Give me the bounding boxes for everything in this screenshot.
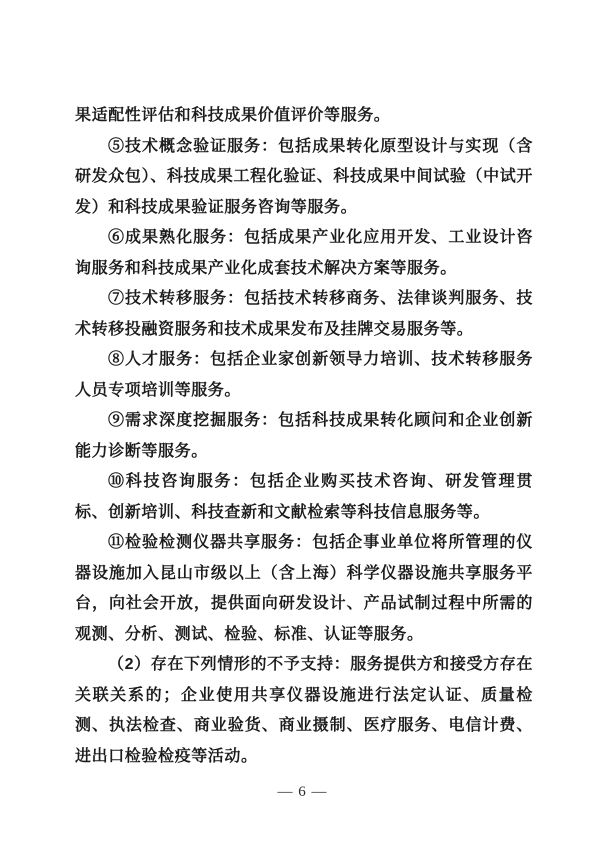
paragraph-item-10: ⑩科技咨询服务：包括企业购买技术咨询、研发管理贯标、创新培训、科技查新和文献检索… [75,467,533,528]
paragraph-exclusions: （2）存在下列情形的不予支持：服务提供方和接受方存在关联关系的；企业使用共享仪器… [75,650,533,772]
paragraph-item-11: ⑪检验检测仪器共享服务：包括企事业单位将所管理的仪器设施加入昆山市级以上（含上海… [75,528,533,650]
document-body: 果适配性评估和科技成果价值评价等服务。 ⑤技术概念验证服务：包括成果转化原型设计… [75,101,533,772]
paragraph-item-8: ⑧人才服务：包括企业家创新领导力培训、技术转移服务人员专项培训等服务。 [75,345,533,406]
document-page: 果适配性评估和科技成果价值评价等服务。 ⑤技术概念验证服务：包括成果转化原型设计… [0,0,605,856]
paragraph-item-7: ⑦技术转移服务：包括技术转移商务、法律谈判服务、技术转移投融资服务和技术成果发布… [75,284,533,345]
paragraph-continuation: 果适配性评估和科技成果价值评价等服务。 [75,101,533,132]
paragraph-item-6: ⑥成果熟化服务：包括成果产业化应用开发、工业设计咨询服务和科技成果产业化成套技术… [75,223,533,284]
page-number: — 6 — [0,784,605,801]
paragraph-item-9: ⑨需求深度挖掘服务：包括科技成果转化顾问和企业创新能力诊断等服务。 [75,406,533,467]
paragraph-item-5: ⑤技术概念验证服务：包括成果转化原型设计与实现（含研发众包）、科技成果工程化验证… [75,132,533,224]
